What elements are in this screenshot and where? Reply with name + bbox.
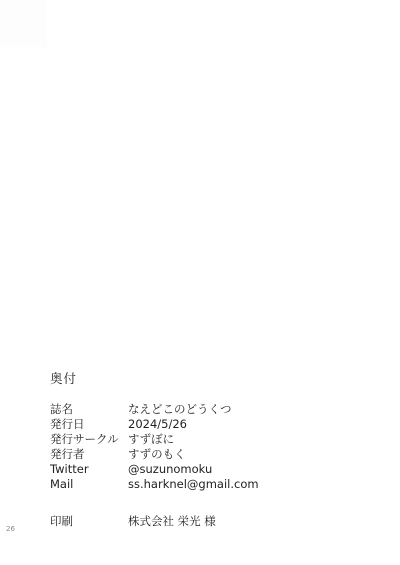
row-value: なえどこのどうくつ bbox=[128, 402, 370, 417]
row-label: Twitter bbox=[50, 462, 128, 477]
row-label: Mail bbox=[50, 477, 128, 492]
row-label: 発行サークル bbox=[50, 432, 128, 447]
row-value: 2024/5/26 bbox=[128, 417, 370, 432]
colophon-row-mail: Mail ss.harknel@gmail.com bbox=[50, 477, 370, 492]
colophon-row-twitter: Twitter @suzunomoku bbox=[50, 462, 370, 477]
colophon-row-printer: 印刷 株式会社 栄光 様 bbox=[50, 514, 370, 529]
row-label: 発行日 bbox=[50, 417, 128, 432]
row-value: @suzunomoku bbox=[128, 462, 370, 477]
row-label: 印刷 bbox=[50, 514, 128, 529]
row-value: すずのもく bbox=[128, 447, 370, 462]
colophon-page: 奥付 誌名 なえどこのどうくつ 発行日 2024/5/26 発行サークル すずぼ… bbox=[0, 0, 400, 565]
row-label: 発行者 bbox=[50, 447, 128, 462]
colophon-row-publisher: 発行者 すずのもく bbox=[50, 447, 370, 462]
colophon-heading: 奥付 bbox=[50, 371, 370, 386]
row-label: 誌名 bbox=[50, 402, 128, 417]
scan-corner-shade bbox=[0, 0, 47, 47]
row-value: 株式会社 栄光 様 bbox=[128, 514, 370, 529]
colophon-rows: 誌名 なえどこのどうくつ 発行日 2024/5/26 発行サークル すずぼに 発… bbox=[50, 402, 370, 529]
colophon-row-title: 誌名 なえどこのどうくつ bbox=[50, 402, 370, 417]
colophon-row-publish-date: 発行日 2024/5/26 bbox=[50, 417, 370, 432]
row-value: ss.harknel@gmail.com bbox=[128, 477, 370, 492]
page-number: 26 bbox=[6, 525, 15, 534]
row-value: すずぼに bbox=[128, 432, 370, 447]
colophon-block: 奥付 誌名 なえどこのどうくつ 発行日 2024/5/26 発行サークル すずぼ… bbox=[50, 371, 370, 529]
colophon-row-circle: 発行サークル すずぼに bbox=[50, 432, 370, 447]
